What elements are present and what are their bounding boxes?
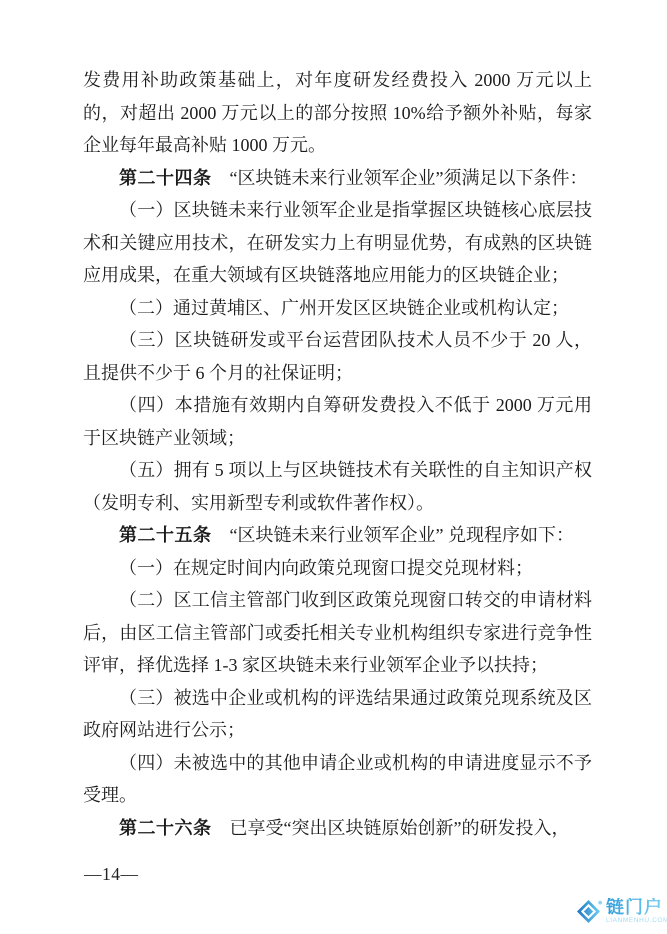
paragraph: （四）未被选中的其他申请企业或机构的申请进度显示不予受理。 <box>83 747 592 812</box>
paragraph: （四）本措施有效期内自筹研发费投入不低于 2000 万元用于区块链产业领域； <box>83 389 592 454</box>
paragraph-text: （一）区块链未来行业领军企业是指掌握区块链核心底层技术和关键应用技术，在研发实力… <box>83 200 592 285</box>
article-number: 第二十六条 <box>119 818 212 838</box>
paragraph: （三）区块链研发或平台运营团队技术人员不少于 20 人，且提供不少于 6 个月的… <box>83 324 592 389</box>
paragraph: （三）被选中企业或机构的评选结果通过政策兑现系统及区政府网站进行公示； <box>83 682 592 747</box>
paragraph: （一）在规定时间内向政策兑现窗口提交兑现材料； <box>83 552 592 585</box>
paragraph-text: （一）在规定时间内向政策兑现窗口提交兑现材料； <box>119 558 533 578</box>
paragraph-text: “区块链未来行业领军企业”须满足以下条件： <box>212 168 588 188</box>
document-body: 发费用补助政策基础上，对年度研发经费投入 2000 万元以上的，对超出 2000… <box>83 64 592 844</box>
paragraph-text: 已享受“突出区块链原始创新”的研发投入， <box>212 818 570 838</box>
paragraph: （五）拥有 5 项以上与区块链技术有关联性的自主知识产权（发明专利、实用新型专利… <box>83 454 592 519</box>
site-watermark: 链门户 LIANMENHU.COM <box>575 897 667 925</box>
watermark-text: 链门户 LIANMENHU.COM <box>606 898 667 924</box>
paragraph-text: （三）区块链研发或平台运营团队技术人员不少于 20 人，且提供不少于 6 个月的… <box>83 330 592 383</box>
paragraph: 第二十六条 已享受“突出区块链原始创新”的研发投入， <box>83 812 592 845</box>
watermark-site-name: 链门户 <box>606 898 667 916</box>
paragraph-text: （二）区工信主管部门收到区政策兑现窗口转交的申请材料后，由区工信主管部门或委托相… <box>83 590 592 675</box>
paragraph-text: （三）被选中企业或机构的评选结果通过政策兑现系统及区政府网站进行公示； <box>83 688 592 741</box>
page-number: —14— <box>84 864 139 885</box>
paragraph: 发费用补助政策基础上，对年度研发经费投入 2000 万元以上的，对超出 2000… <box>83 64 592 162</box>
paragraph: （一）区块链未来行业领军企业是指掌握区块链核心底层技术和关键应用技术，在研发实力… <box>83 194 592 292</box>
document-page: 发费用补助政策基础上，对年度研发经费投入 2000 万元以上的，对超出 2000… <box>0 0 667 934</box>
paragraph: （二）通过黄埔区、广州开发区区块链企业或机构认定； <box>83 292 592 325</box>
paragraph: 第二十五条 “区块链未来行业领军企业” 兑现程序如下： <box>83 519 592 552</box>
paragraph-text: （四）未被选中的其他申请企业或机构的申请进度显示不予受理。 <box>83 753 592 806</box>
paragraph-text: （五）拥有 5 项以上与区块链技术有关联性的自主知识产权（发明专利、实用新型专利… <box>83 460 592 513</box>
watermark-site-domain: LIANMENHU.COM <box>606 918 667 925</box>
article-number: 第二十五条 <box>119 525 212 545</box>
article-number: 第二十四条 <box>119 168 212 188</box>
paragraph-text: “区块链未来行业领军企业” 兑现程序如下： <box>212 525 574 545</box>
chain-diamond-icon <box>575 897 603 925</box>
paragraph: （二）区工信主管部门收到区政策兑现窗口转交的申请材料后，由区工信主管部门或委托相… <box>83 584 592 682</box>
paragraph-text: （四）本措施有效期内自筹研发费投入不低于 2000 万元用于区块链产业领域； <box>83 395 592 448</box>
paragraph-text: （二）通过黄埔区、广州开发区区块链企业或机构认定； <box>119 298 569 318</box>
paragraph-text: 发费用补助政策基础上，对年度研发经费投入 2000 万元以上的，对超出 2000… <box>83 70 592 155</box>
paragraph: 第二十四条 “区块链未来行业领军企业”须满足以下条件： <box>83 162 592 195</box>
